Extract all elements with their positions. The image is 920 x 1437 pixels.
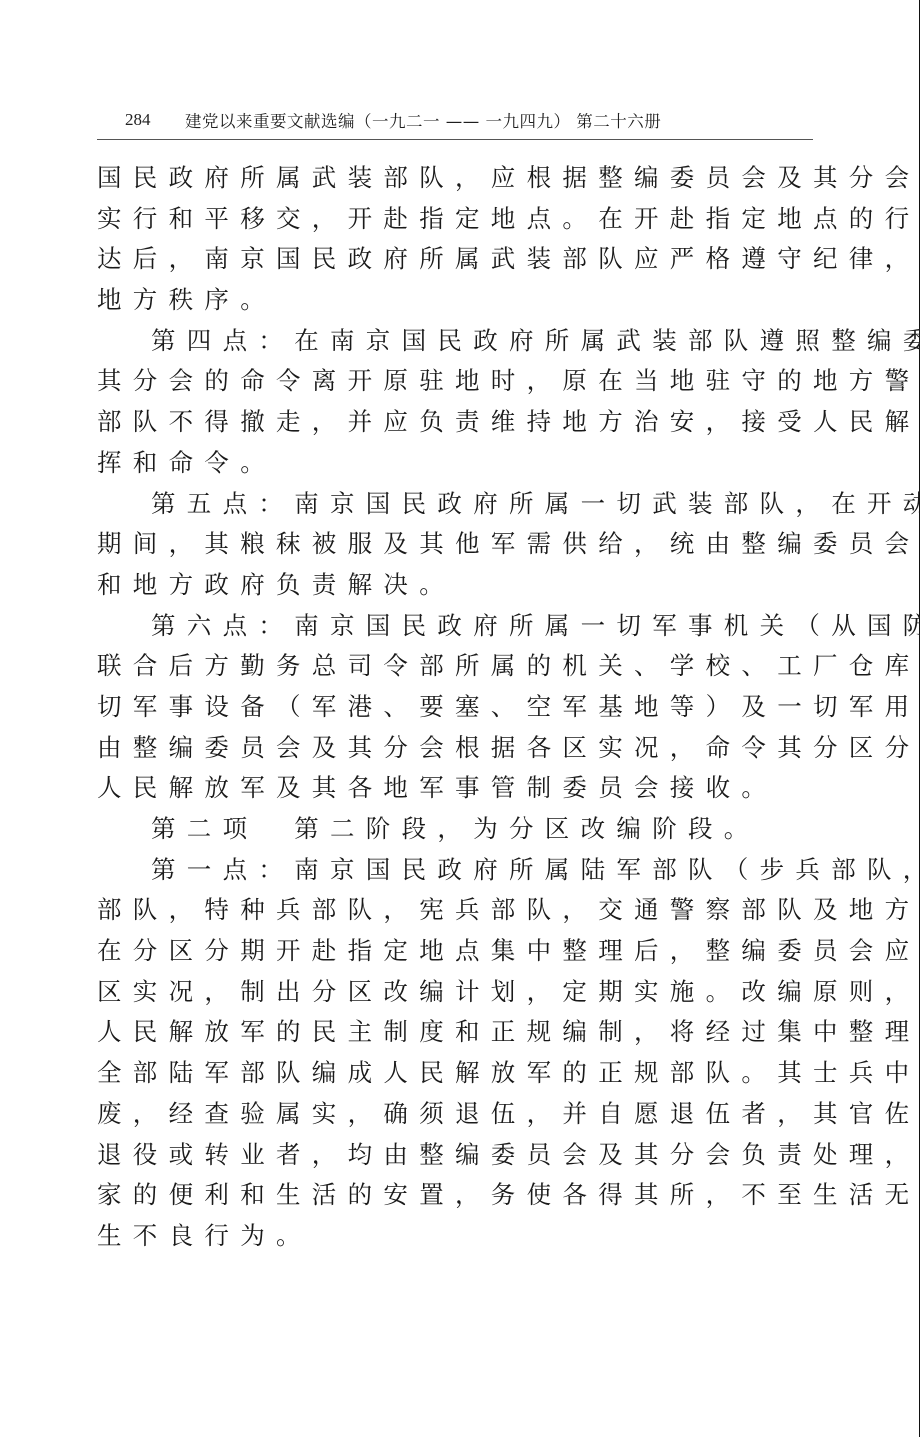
paragraph-point-4: 第四点：在南京国民政府所属武装部队遵照整编委员会及 其分会的命令离开原驻地时，原…	[97, 321, 827, 484]
text-line: 区实况，制出分区改编计划，定期实施。改编原则，应依照	[97, 972, 827, 1013]
text-line: 全部陆军部队编成人民解放军的正规部队。其士兵中老弱残	[97, 1053, 827, 1094]
book-title: 建党以来重要文献选编（一九二一 —— 一九四九） 第二十六册	[185, 108, 661, 132]
text-line: 由整编委员会及其分会根据各区实况，命令其分区分期移交给	[97, 728, 827, 769]
paragraph-point-6: 第六点：南京国民政府所属一切军事机关（从国防部直到 联合后方勤务总司令部所属的机…	[97, 606, 827, 809]
page-number: 284	[125, 110, 153, 130]
text-line: 部队，特种兵部队，宪兵部队，交通警察部队及地方部队），	[97, 890, 827, 931]
text-line: 其分会的命令离开原驻地时，原在当地驻守的地方警察或保安	[97, 361, 827, 402]
header-rule-divider	[97, 139, 813, 140]
text-line: 联合后方勤务总司令部所属的机关、学校、工厂仓库等），一	[97, 646, 827, 687]
text-line: 在分区分期开赴指定地点集中整理后，整编委员会应根据各	[97, 931, 827, 972]
text-line: 达后，南京国民政府所属武装部队应严格遵守纪律，不得破坏	[97, 239, 827, 280]
text-line: 第四点：在南京国民政府所属武装部队遵照整编委员会及	[97, 321, 827, 362]
paragraph-continuation: 国民政府所属武装部队，应根据整编委员会及其分会的命令， 实行和平移交，开赴指定地…	[97, 158, 827, 321]
text-line: 第五点：南京国民政府所属一切武装部队，在开动与集中	[97, 484, 827, 525]
running-header: 284 建党以来重要文献选编（一九二一 —— 一九四九） 第二十六册	[97, 104, 813, 136]
paragraph-item-2-point-1: 第一点：南京国民政府所属陆军部队（步兵部队，骑兵 部队，特种兵部队，宪兵部队，交…	[97, 850, 827, 1257]
text-line: 人民解放军的民主制度和正规编制，将经过集中整理的上述	[97, 1012, 827, 1053]
text-line: 部队不得撤走，并应负责维持地方治安，接受人民解放军的指	[97, 402, 827, 443]
text-line: 家的便利和生活的安置，务使各得其所，不至生活无着，发	[97, 1175, 827, 1216]
text-line: 第一点：南京国民政府所属陆军部队（步兵部队，骑兵	[97, 850, 827, 891]
text-line: 第二项 第二阶段，为分区改编阶段。	[97, 809, 827, 850]
text-line: 和地方政府负责解决。	[97, 565, 827, 606]
text-line: 期间，其粮秣被服及其他军需供给，统由整编委员会及其分会	[97, 524, 827, 565]
section-heading-item-2: 第二项 第二阶段，为分区改编阶段。	[97, 809, 827, 850]
text-line: 退役或转业者，均由整编委员会及其分会负责处理，给以回	[97, 1135, 827, 1176]
text-line: 第六点：南京国民政府所属一切军事机关（从国防部直到	[97, 606, 827, 647]
text-line: 地方秩序。	[97, 280, 827, 321]
text-line: 切军事设备（军港、要塞、空军基地等）及一切军用物资，应	[97, 687, 827, 728]
text-line: 人民解放军及其各地军事管制委员会接收。	[97, 768, 827, 809]
text-line: 挥和命令。	[97, 443, 827, 484]
text-line: 生不良行为。	[97, 1216, 827, 1257]
text-line: 实行和平移交，开赴指定地点。在开赴指定地点的行进中及到	[97, 199, 827, 240]
body-text: 国民政府所属武装部队，应根据整编委员会及其分会的命令， 实行和平移交，开赴指定地…	[97, 158, 827, 1257]
document-page: 284 建党以来重要文献选编（一九二一 —— 一九四九） 第二十六册 国民政府所…	[0, 0, 920, 1437]
paragraph-point-5: 第五点：南京国民政府所属一切武装部队，在开动与集中 期间，其粮秣被服及其他军需供…	[97, 484, 827, 606]
text-line: 国民政府所属武装部队，应根据整编委员会及其分会的命令，	[97, 158, 827, 199]
text-line: 废，经查验属实，确须退伍，并自愿退伍者，其官佐中自愿	[97, 1094, 827, 1135]
